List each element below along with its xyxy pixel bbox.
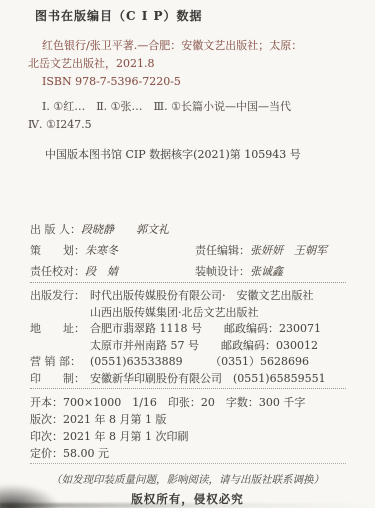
book-copyright-page: 图书在版编目（C I P）数据 红色银行/张卫平著.—合肥：安徽文艺出版社；太原… — [0, 0, 375, 508]
staff-value: 段 婧 — [85, 265, 118, 278]
staff-row-publisher: 出 版 人：段晓静 郭文礼 — [30, 219, 360, 240]
cip-entry-line2: 北岳文艺出版社，2021.8 — [28, 55, 358, 73]
staff-value: 朱寒冬 — [85, 244, 118, 257]
publishing-label: 出版发行： — [30, 288, 90, 305]
scan-edge-shadow — [0, 503, 375, 508]
cip-entry-block: 红色银行/张卫平著.—合肥：安徽文艺出版社；太原： 北岳文艺出版社，2021.8… — [28, 37, 358, 91]
publishing-row: 地 址： 合肥市翡翠路 1118 号 邮政编码：230071 — [30, 321, 365, 338]
publishing-row: 山西出版传媒集团·北岳文艺出版社 — [30, 305, 365, 322]
separator-line-bottom — [30, 463, 346, 464]
publishing-value: 太原市并州南路 57 号 邮政编码：030012 — [90, 338, 365, 355]
isbn-line: ISBN 978-7-5396-7220-5 — [28, 73, 358, 91]
staff-label: 策 划： — [30, 244, 85, 257]
staff-value: 张妍妍 王朝军 — [250, 244, 327, 257]
publishing-row: 营 销 部： (0551)63533889 （0351）5628696 — [30, 354, 365, 371]
cip-header-title: 图书在版编目（C I P）数据 — [35, 7, 203, 25]
publishing-row: 出版发行： 时代出版传媒股份有限公司· 安徽文艺出版社 — [30, 288, 365, 305]
publishing-value: 安徽新华印刷股份有限公司 (0551)65859551 — [90, 371, 365, 388]
staff-label: 责任校对： — [30, 265, 85, 278]
staff-row-planning: 策 划：朱寒冬 责任编辑：张妍妍 王朝军 — [30, 240, 360, 261]
classification-line2: Ⅳ. ①I247.5 — [28, 116, 358, 134]
print-specs-block: 开本：700×1000 1/16 印张：20 字数：300 千字 版次：2021… — [30, 394, 360, 462]
publishing-label: 印 制： — [30, 371, 90, 388]
publishing-label: 营 销 部： — [30, 354, 90, 371]
separator-line-middle — [30, 388, 346, 389]
publishing-value: 时代出版传媒股份有限公司· 安徽文艺出版社 — [90, 288, 365, 305]
publishing-label — [30, 305, 90, 322]
cip-record-number: 中国版本图书馆 CIP 数据核字(2021)第 105943 号 — [45, 146, 301, 164]
publishing-label: 地 址： — [30, 321, 90, 338]
staff-label: 装帧设计： — [195, 265, 250, 278]
publishing-value: (0551)63533889 （0351）5628696 — [90, 354, 365, 371]
publishing-info-block: 出版发行： 时代出版传媒股份有限公司· 安徽文艺出版社 山西出版传媒集团·北岳文… — [30, 288, 365, 387]
separator-line-top — [30, 282, 346, 283]
cip-classification-block: Ⅰ. ①红… Ⅱ. ①张… Ⅲ. ①长篇小说—中国—当代 Ⅳ. ①I247.5 — [28, 98, 358, 134]
staff-label: 出 版 人： — [30, 223, 81, 236]
publishing-value: 山西出版传媒集团·北岳文艺出版社 — [90, 305, 365, 322]
spec-edition-line: 版次：2021 年 8 月第 1 版 — [30, 411, 360, 428]
spec-price-line: 定价：58.00 元 — [30, 445, 360, 462]
spec-printing-line: 印次：2021 年 8 月第 1 次印刷 — [30, 428, 360, 445]
classification-line1: Ⅰ. ①红… Ⅱ. ①张… Ⅲ. ①长篇小说—中国—当代 — [28, 98, 358, 116]
publishing-label — [30, 338, 90, 355]
staff-value: 段晓静 郭文礼 — [81, 223, 169, 236]
staff-value: 张诚鑫 — [250, 265, 283, 278]
staff-block: 出 版 人：段晓静 郭文礼 策 划：朱寒冬 责任编辑：张妍妍 王朝军 责任校对：… — [30, 219, 360, 282]
cip-entry-line1: 红色银行/张卫平著.—合肥：安徽文艺出版社；太原： — [28, 37, 358, 55]
publishing-row: 太原市并州南路 57 号 邮政编码：030012 — [30, 338, 365, 355]
spec-format-line: 开本：700×1000 1/16 印张：20 字数：300 千字 — [30, 394, 360, 411]
publishing-value: 合肥市翡翠路 1118 号 邮政编码：230071 — [90, 321, 365, 338]
staff-row-proofreading: 责任校对：段 婧 装帧设计：张诚鑫 — [30, 261, 360, 282]
publishing-row: 印 制： 安徽新华印刷股份有限公司 (0551)65859551 — [30, 371, 365, 388]
staff-label: 责任编辑： — [195, 244, 250, 257]
